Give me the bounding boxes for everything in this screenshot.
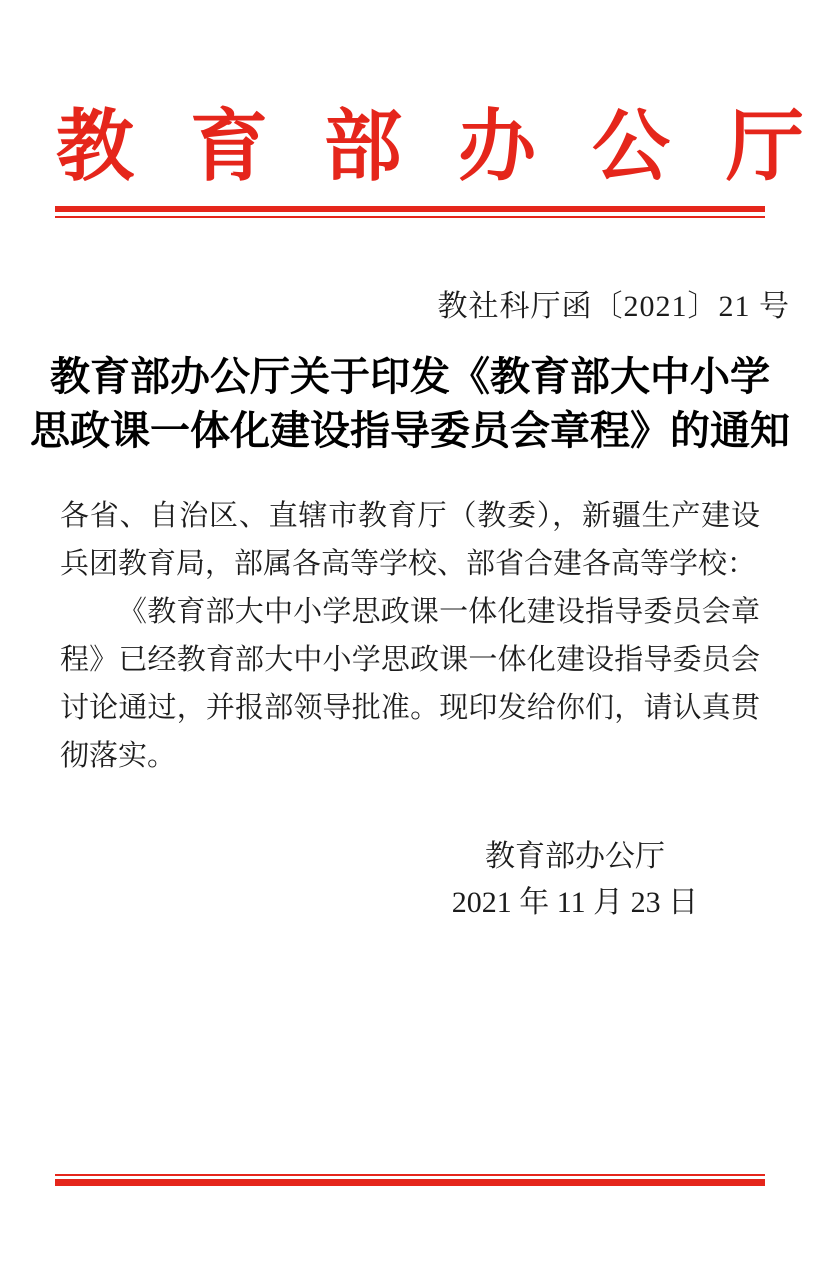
footer-divider-thick-line: [55, 1179, 765, 1186]
document-title-line-2: 思政课一体化建设指导委员会章程》的通知: [0, 404, 820, 458]
document-title-line-1: 教育部办公厅关于印发《教育部大中小学: [0, 350, 820, 404]
body-paragraph: 《教育部大中小学思政课一体化建设指导委员会章程》已经教育部大中小学思政课一体化建…: [60, 588, 760, 780]
signature-block: 教育部办公厅 2021 年 11 月 23 日: [330, 834, 820, 926]
document-title: 教育部办公厅关于印发《教育部大中小学 思政课一体化建设指导委员会章程》的通知: [0, 350, 820, 458]
body-salutation: 各省、自治区、直辖市教育厅（教委），新疆生产建设兵团教育局，部属各高等学校、部省…: [60, 492, 760, 588]
document-body: 各省、自治区、直辖市教育厅（教委），新疆生产建设兵团教育局，部属各高等学校、部省…: [60, 492, 760, 780]
document-number: 教社科厅函〔2021〕21 号: [438, 281, 791, 325]
header-divider: [55, 206, 765, 218]
document-page: 教育部办公厅 教社科厅函〔2021〕21 号 教育部办公厅关于印发《教育部大中小…: [0, 0, 820, 1264]
signature-date: 2021 年 11 月 23 日: [330, 880, 820, 926]
signature-signer: 教育部办公厅: [330, 834, 820, 880]
header-divider-thin-line: [55, 216, 765, 218]
footer-divider: [55, 1174, 765, 1186]
letterhead-agency-name: 教育部办公厅: [0, 104, 820, 190]
